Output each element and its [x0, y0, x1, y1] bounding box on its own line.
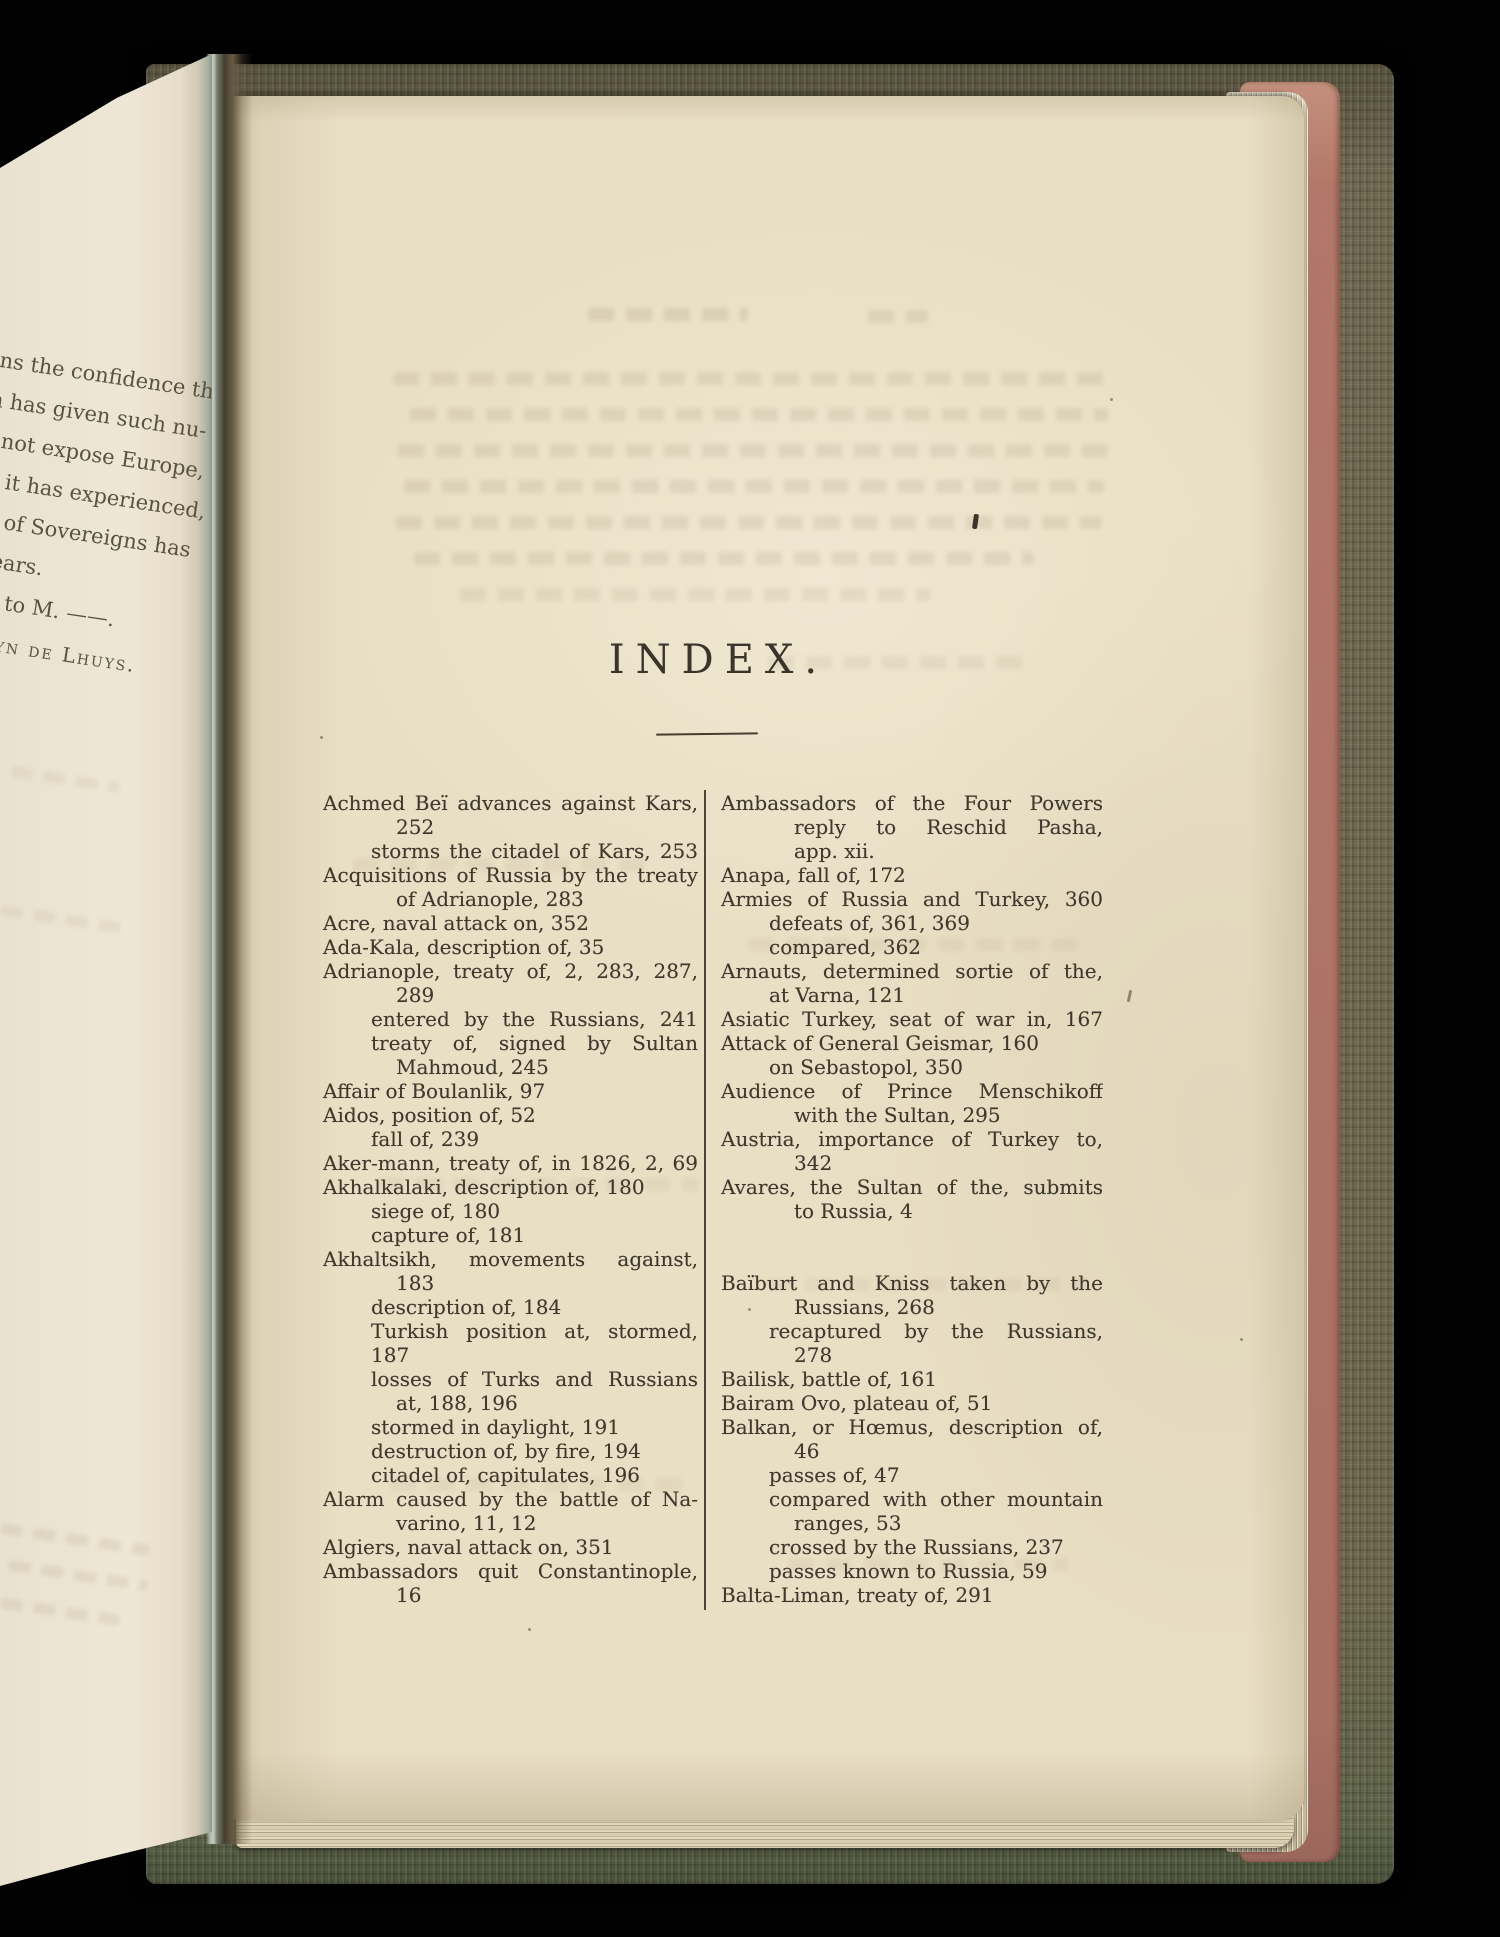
index-entry-line: app. xii. [721, 839, 1103, 863]
index-entry-line: Attack of General Geismar, 160 [721, 1031, 1103, 1055]
index-entry-line: Arnauts, determined sortie of the, [721, 959, 1103, 983]
index-entry-line: Affair of Boulanlik, 97 [323, 1079, 698, 1103]
index-blank-line [721, 1223, 1103, 1247]
paper-speck [320, 736, 323, 739]
bleedthrough-line [868, 310, 928, 323]
paper-speck [1240, 1338, 1243, 1341]
index-entry-line: Acre, naval attack on, 352 [323, 911, 698, 935]
index-entry-line: Austria, importance of Turkey to, [721, 1127, 1103, 1151]
index-entry-line: Ada-Kala, description of, 35 [323, 935, 698, 959]
index-entry-line: stormed in daylight, 191 [323, 1415, 698, 1439]
bleedthrough-line [460, 588, 930, 601]
index-entry-line: Anapa, fall of, 172 [721, 863, 1103, 887]
index-entry-line: Aidos, position of, 52 [323, 1103, 698, 1127]
index-entry-line: on Sebastopol, 350 [721, 1055, 1103, 1079]
index-entry-line: Akhaltsikh, movements against, [323, 1247, 698, 1271]
index-column-left: Achmed Beï advances against Kars,252stor… [323, 791, 698, 1607]
index-entry-line: treaty of, signed by Sultan [323, 1031, 698, 1055]
index-entry-line: Achmed Beï advances against Kars, [323, 791, 698, 815]
index-entry-line: entered by the Russians, 241 [323, 1007, 698, 1031]
index-entry-line: Balkan, or Hœmus, description of, [721, 1415, 1103, 1439]
index-entry-line: 187 [323, 1343, 698, 1367]
bleedthrough-line [0, 904, 130, 934]
index-entry-line: Baïburt and Kniss taken by the [721, 1271, 1103, 1295]
index-blank-line [721, 1247, 1103, 1271]
index-entry-line: passes known to Russia, 59 [721, 1559, 1103, 1583]
index-entry-line: 289 [323, 983, 698, 1007]
bleedthrough-line [0, 1523, 150, 1556]
index-entry-line: Alarm caused by the battle of Na- [323, 1487, 698, 1511]
scanned-book-photo: INDEX. Achmed Beï advances against Kars,… [0, 0, 1500, 1937]
index-entry-line: recaptured by the Russians, [721, 1319, 1103, 1343]
index-entry-line: passes of, 47 [721, 1463, 1103, 1487]
index-entry-line: fall of, 239 [323, 1127, 698, 1151]
paper-speck [748, 1308, 751, 1311]
ink-mark [1127, 990, 1132, 1002]
index-entry-line: 252 [323, 815, 698, 839]
index-entry-line: capture of, 181 [323, 1223, 698, 1247]
index-entry-line: Acquisitions of Russia by the treaty [323, 863, 698, 887]
index-entry-line: 183 [323, 1271, 698, 1295]
bleedthrough-line [398, 444, 1108, 457]
bleedthrough-line [588, 308, 748, 321]
bleedthrough-line [410, 408, 1108, 421]
bleedthrough-line [414, 552, 1034, 565]
index-entry-line: Mahmoud, 245 [323, 1055, 698, 1079]
paper-speck [528, 1628, 531, 1631]
index-entry-line: destruction of, by fire, 194 [323, 1439, 698, 1463]
index-entry-line: at Varna, 121 [721, 983, 1103, 1007]
index-entry-line: ranges, 53 [721, 1511, 1103, 1535]
index-entry-line: description of, 184 [323, 1295, 698, 1319]
index-entry-line: of Adrianople, 283 [323, 887, 698, 911]
index-entry-line: Bailisk, battle of, 161 [721, 1367, 1103, 1391]
index-entry-line: 46 [721, 1439, 1103, 1463]
bleedthrough-line [393, 372, 1108, 385]
index-entry-line: storms the citadel of Kars, 253 [323, 839, 698, 863]
bottom-page-edges [236, 1816, 1294, 1848]
index-entry-line: compared with other mountain [721, 1487, 1103, 1511]
index-entry-line: at, 188, 196 [323, 1391, 698, 1415]
index-entry-line: Algiers, naval attack on, 351 [323, 1535, 698, 1559]
index-entry-line: to Russia, 4 [721, 1199, 1103, 1223]
index-entry-line: defeats of, 361, 369 [721, 911, 1103, 935]
index-entry-line: 342 [721, 1151, 1103, 1175]
index-entry-line: crossed by the Russians, 237 [721, 1535, 1103, 1559]
bleedthrough-line [404, 480, 1104, 493]
index-entry-line: Asiatic Turkey, seat of war in, 167 [721, 1007, 1103, 1031]
index-entry-line: Bairam Ovo, plateau of, 51 [721, 1391, 1103, 1415]
index-entry-line: 16 [323, 1583, 698, 1607]
index-column-right: Ambassadors of the Four Powersreply to R… [721, 791, 1103, 1607]
index-entry-line: Adrianople, treaty of, 2, 283, 287, [323, 959, 698, 983]
bleedthrough-line [8, 1560, 148, 1592]
index-entry-line: reply to Reschid Pasha, [721, 815, 1103, 839]
bleedthrough-line [10, 766, 120, 793]
index-entry-line: losses of Turks and Russians [323, 1367, 698, 1391]
index-entry-line: Avares, the Sultan of the, submits [721, 1175, 1103, 1199]
index-entry-line: Russians, 268 [721, 1295, 1103, 1319]
index-entry-line: Audience of Prince Menschikoff [721, 1079, 1103, 1103]
title-rule [656, 732, 758, 735]
column-divider-rule [704, 790, 706, 1610]
index-entry-line: Ambassadors of the Four Powers [721, 791, 1103, 815]
paper-speck [1110, 398, 1113, 401]
index-entry-line: varino, 11, 12 [323, 1511, 698, 1535]
index-entry-line: Akhalkalaki, description of, 180 [323, 1175, 698, 1199]
index-entry-line: with the Sultan, 295 [721, 1103, 1103, 1127]
index-entry-line: Balta-Liman, treaty of, 291 [721, 1583, 1103, 1607]
index-page: INDEX. Achmed Beï advances against Kars,… [228, 96, 1304, 1820]
index-entry-line: 278 [721, 1343, 1103, 1367]
index-entry-line: citadel of, capitulates, 196 [323, 1463, 698, 1487]
index-entry-line: Turkish position at, stormed, [323, 1319, 698, 1343]
page-title: INDEX. [323, 638, 1103, 682]
index-entry-line: compared, 362 [721, 935, 1103, 959]
left-page-text-block: ns the confidence thath has given such n… [0, 339, 243, 694]
index-entry-line: siege of, 180 [323, 1199, 698, 1223]
index-entry-line: Aker-mann, treaty of, in 1826, 2, 69 [323, 1151, 698, 1175]
index-entry-line: Armies of Russia and Turkey, 360 [721, 887, 1103, 911]
bleedthrough-line [396, 516, 1102, 529]
bleedthrough-line [0, 1597, 120, 1626]
index-entry-line: Ambassadors quit Constantinople, [323, 1559, 698, 1583]
gutter-crease [206, 54, 252, 1844]
left-page-partial: ns the confidence thath has given such n… [0, 54, 212, 1888]
